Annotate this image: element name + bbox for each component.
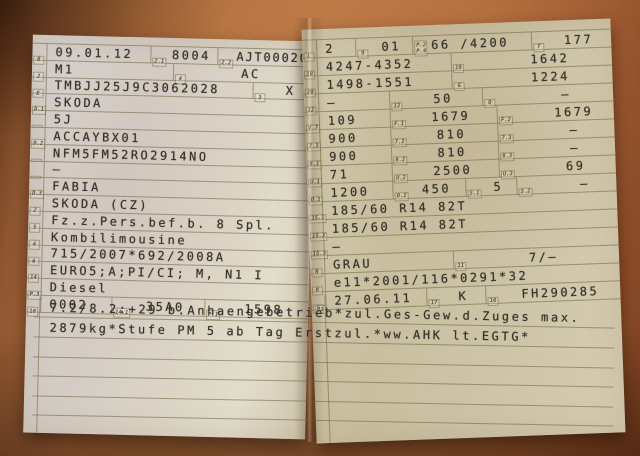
field-code: 16 — [487, 296, 498, 306]
field-value: 8004 — [165, 49, 217, 64]
cell-divider: U.3 — [498, 159, 514, 177]
field-value: 1200 — [322, 185, 392, 202]
field-value: 2 — [317, 42, 355, 57]
field-value: 50 — [404, 91, 482, 108]
cell-divider: O.2 — [392, 181, 408, 199]
cell-divider: 7.2 — [390, 127, 406, 145]
margin-code-box: R — [310, 256, 326, 274]
margin-code-box: 5 — [28, 212, 43, 228]
margin-code-box: D.2 — [30, 128, 45, 144]
field-code: 11 — [455, 261, 466, 271]
margin-code-box: 15.3 — [309, 238, 325, 256]
field-code: Q — [484, 98, 495, 108]
margin-code-box: 18 — [303, 58, 319, 76]
margin-code-box: E — [31, 77, 46, 93]
cell-divider: S.1 — [465, 178, 481, 196]
cell-divider: 13 — [389, 91, 405, 109]
cell-divider: G — [451, 71, 467, 89]
field-code: T — [533, 42, 544, 52]
cell-divider: 9 — [355, 38, 371, 56]
remarks-section: 22 7.2/8.2:+29 b.Anhaengebetrieb*zul.Ges… — [32, 297, 615, 426]
margin-code-box: J — [32, 60, 47, 76]
field-value: 09.01.12 — [47, 46, 150, 63]
cell-divider: 8.2 — [391, 145, 407, 163]
cell-divider: 19 — [450, 53, 466, 71]
margin-code-box: V.7 — [305, 112, 321, 130]
margin-code-box — [30, 144, 45, 160]
margin-code-box: 7.1 — [305, 130, 321, 148]
field-value: 5 — [480, 180, 516, 195]
margin-code-box: D.1 — [31, 94, 46, 110]
margin-code-box: 14 — [27, 262, 42, 278]
margin-code-box: 2 — [29, 195, 44, 211]
cell-divider: Q — [482, 88, 498, 106]
margin-code-box: U.1 — [307, 166, 323, 184]
cell-divider: 16 — [485, 286, 501, 304]
margin-code-box: 20 — [303, 76, 319, 94]
margin-code-box: 15.1 — [308, 202, 324, 220]
field-code: P.2 P.4 — [414, 40, 428, 56]
cell-divider: T — [531, 32, 547, 50]
margin-code-box — [29, 161, 44, 177]
field-value: — — [319, 95, 389, 112]
field-value: 900 — [320, 131, 390, 148]
margin-code-box: B — [32, 44, 47, 60]
left-page-field-table: B 09.01.12 2.1 8004 2.2 AJT000206 J M1 4… — [26, 43, 315, 320]
cell-divider: 8.3 — [498, 141, 514, 159]
field-value: 109 — [320, 113, 390, 130]
field-value: 01 — [370, 40, 412, 56]
margin-code-box: L — [302, 40, 318, 58]
margin-code-box: D.3 — [29, 178, 44, 194]
field-value: 900 — [321, 149, 391, 166]
margin-code-box: 12 — [304, 94, 320, 112]
cell-divider: 4 — [173, 64, 188, 80]
right-page-field-table: L 2 9 01 P.2 P.4 66 /4200 T 177 18 4247-… — [302, 28, 621, 310]
photo-vehicle-registration-document: { "colors": { "wood_table": "#b4713f", "… — [0, 0, 640, 456]
cell-divider: 2.2 — [217, 48, 232, 64]
cell-divider: 3 — [252, 83, 267, 99]
margin-code-box: 8.1 — [306, 148, 322, 166]
cell-divider: F.1 — [390, 109, 406, 127]
cell-divider: 7.3 — [497, 123, 513, 141]
cell-divider: 11 — [453, 251, 469, 269]
cell-divider: F.2 — [496, 105, 512, 123]
field-value: 177 — [546, 32, 611, 48]
cell-divider: U.2 — [391, 163, 407, 181]
cell-divider: P.2 P.4 — [412, 36, 428, 54]
margin-code-box — [31, 111, 46, 127]
field-value: K — [441, 289, 485, 305]
margin-code-box: 15.2 — [309, 220, 325, 238]
field-code: G — [454, 81, 465, 91]
margin-code-box: 6 — [27, 245, 42, 261]
cell-divider: 2.1 — [150, 46, 165, 62]
field-value: FH290285 — [500, 284, 620, 302]
cell-divider: 17 — [426, 288, 442, 306]
field-value: 71 — [322, 167, 392, 184]
margin-code-box: 4 — [28, 228, 43, 244]
margin-code-box: P.3 — [27, 279, 42, 295]
cell-divider: S.2 — [516, 176, 532, 194]
field-value: 450 — [407, 182, 465, 198]
margin-code-box: O.1 — [307, 184, 323, 202]
field-code: 9 — [357, 49, 368, 59]
margin-code-box: K — [310, 274, 326, 292]
